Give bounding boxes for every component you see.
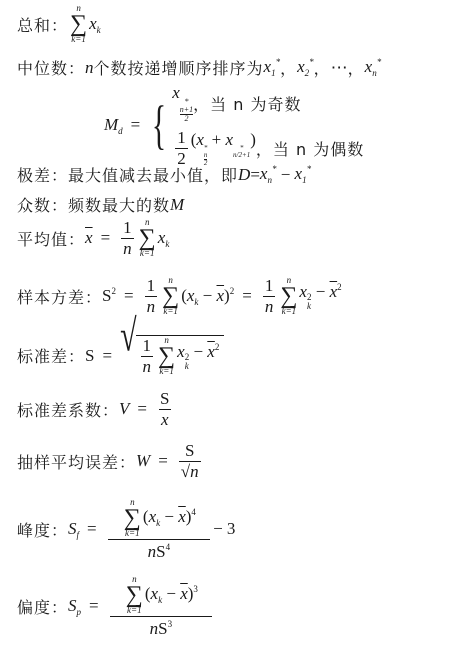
summation: n ∑ k=1 <box>70 4 87 44</box>
formula-median-def: Md = { x*n+12 ，当 n 为奇数 12 (x*n2 + x*n/2+… <box>104 83 364 168</box>
formula-range: 极差： 最大值减去最小值，即 D= xn* − x1* <box>17 163 311 186</box>
sqrt: √ 1n n∑k=1 x2k − x2 <box>120 335 224 376</box>
cases: x*n+12 ，当 n 为奇数 12 (x*n2 + x*n/2+1) ，当 n… <box>172 83 364 168</box>
formula-mode: 众数： 频数最大的数 M <box>17 193 184 216</box>
formula-sum: 总和： n ∑ k=1 xk <box>17 4 101 44</box>
formula-variance: 样本方差： S2 = 1n n∑k=1 (xk − x)2 = 1n n∑k=1… <box>17 276 342 316</box>
case-odd: x*n+12 ，当 n 为奇数 <box>172 83 364 123</box>
formula-mean: 平均值： x = 1n n∑k=1 xk <box>17 218 169 258</box>
formula-skewness: 偏度： Sp = n∑k=1 (xk − x)3 nS3 <box>17 575 215 638</box>
formula-label: 总和： <box>17 13 68 36</box>
formula-median-intro: 中位数： n 个数按递增顺序排序为 x1* ， x2* ， ⋯ ， xn* <box>17 56 381 79</box>
formula-cv: 标准差系数： V = Sx <box>17 390 174 429</box>
brace: { <box>152 98 166 152</box>
formula-std-dev: 标准差： S = √ 1n n∑k=1 x2k − x2 <box>17 335 224 376</box>
formula-kurtosis: 峰度： Sf = n∑k=1 (xk − x)4 nS4 − 3 <box>17 498 235 561</box>
case-even: 12 (x*n2 + x*n/2+1) ，当 n 为偶数 <box>172 129 364 168</box>
formula-sampling-error: 抽样平均误差： W = S√n <box>17 442 204 481</box>
